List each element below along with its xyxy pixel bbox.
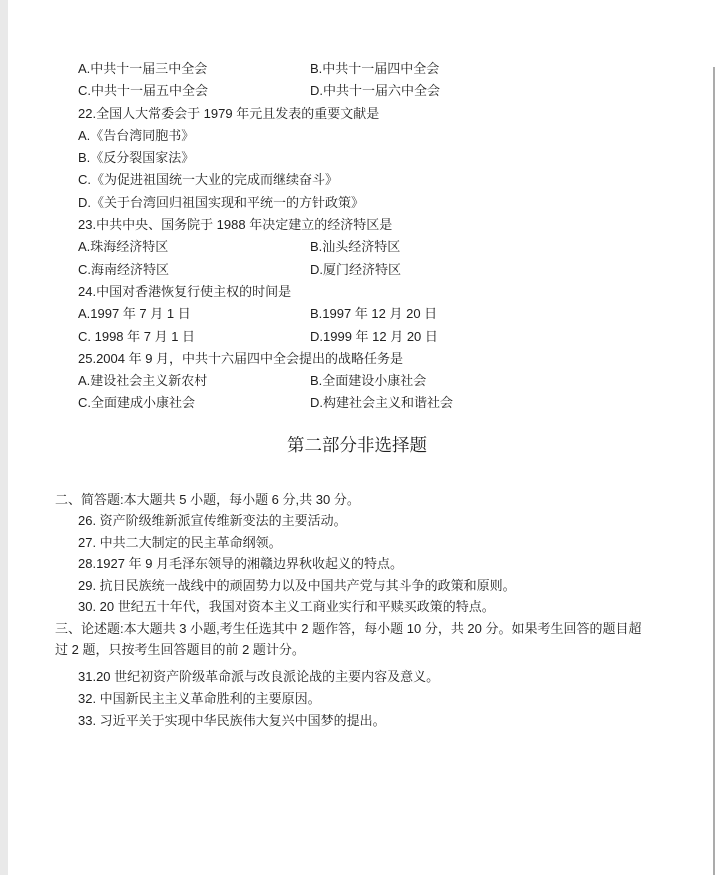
option-row: C.海南经济特区 D.厦门经济特区 [78,259,695,281]
question-stem: 25.2004 年 9 月，中共十六届四中全会提出的战略任务是 [78,348,695,370]
question-stem: 22.全国人大常委会于 1979 年元且发表的重要文献是 [78,103,695,125]
question-item: 29. 抗日民族统一战线中的顽固势力以及中国共产党与其斗争的政策和原则。 [78,575,695,597]
mcq-option: C.《为促进祖国统一大业的完成而继续奋斗》 [78,169,695,191]
option-row: A.建设社会主义新农村 B.全面建设小康社会 [78,370,695,392]
section-header: 二、简答题:本大题共 5 小题，每小题 6 分,共 30 分。 [55,489,695,511]
mcq-option: D.厦门经济特区 [310,259,401,281]
mcq-option: B.1997 年 12 月 20 日 [310,303,437,325]
question-item: 33. 习近平关于实现中华民族伟大复兴中国梦的提出。 [78,710,695,732]
mcq-option: B.全面建设小康社会 [310,370,426,392]
mcq-option: D.中共十一届六中全会 [310,80,440,102]
mcq-option: D.1999 年 12 月 20 日 [310,326,438,348]
mcq-option: B.汕头经济特区 [310,236,400,258]
part2-heading: 第二部分非选择题 [37,432,677,458]
option-row: A.1997 年 7 月 1 日 B.1997 年 12 月 20 日 [78,303,695,325]
mcq-option: A.中共十一届三中全会 [78,58,310,80]
section-header-line: 三、论述题:本大题共 3 小题,考生任选其中 2 题作答，每小题 10 分，共 … [55,618,695,640]
question-item: 32. 中国新民主主义革命胜利的主要原因。 [78,688,695,710]
mcq-option: C.全面建成小康社会 [78,392,310,414]
section-item-list: 31.20 世纪初资产阶级革命派与改良派论战的主要内容及意义。 32. 中国新民… [78,666,695,731]
question-item: 28.1927 年 9 月毛泽东领导的湘赣边界秋收起义的特点。 [78,553,695,575]
exam-document-page: A.中共十一届三中全会 B.中共十一届四中全会 C.中共十一届五中全会 D.中共… [0,0,716,875]
mcq-option: A.建设社会主义新农村 [78,370,310,392]
page-right-border [713,67,715,875]
section-header-line: 过 2 题，只按考生回答题目的前 2 题计分。 [55,639,695,661]
option-row: C.中共十一届五中全会 D.中共十一届六中全会 [78,80,695,102]
question-item: 27. 中共二大制定的民主革命纲领。 [78,532,695,554]
option-row: C.全面建成小康社会 D.构建社会主义和谐社会 [78,392,695,414]
mcq-option: B.中共十一届四中全会 [310,58,439,80]
short-answer-section: 二、简答题:本大题共 5 小题，每小题 6 分,共 30 分。 26. 资产阶级… [55,489,695,618]
question-item: 26. 资产阶级维新派宣传维新变法的主要活动。 [78,510,695,532]
option-row: A.中共十一届三中全会 B.中共十一届四中全会 [78,58,695,80]
page-left-gutter [0,0,8,875]
essay-section: 三、论述题:本大题共 3 小题,考生任选其中 2 题作答，每小题 10 分，共 … [55,618,695,732]
multiple-choice-section: A.中共十一届三中全会 B.中共十一届四中全会 C.中共十一届五中全会 D.中共… [78,58,695,415]
mcq-option: A.《告台湾同胞书》 [78,125,695,147]
mcq-option: C.中共十一届五中全会 [78,80,310,102]
section-header: 三、论述题:本大题共 3 小题,考生任选其中 2 题作答，每小题 10 分，共 … [55,618,695,661]
option-row: C. 1998 年 7 月 1 日 D.1999 年 12 月 20 日 [78,326,695,348]
question-stem: 24.中国对香港恢复行使主权的时间是 [78,281,695,303]
question-item: 30. 20 世纪五十年代，我国对资本主义工商业实行和平赎买政策的特点。 [78,596,695,618]
mcq-option: D.构建社会主义和谐社会 [310,392,453,414]
question-stem: 23.中共中央、国务院于 1988 年决定建立的经济特区是 [78,214,695,236]
mcq-option: D.《关于台湾回归祖国实现和平统一的方针政策》 [78,192,695,214]
mcq-option: C. 1998 年 7 月 1 日 [78,326,310,348]
mcq-option: C.海南经济特区 [78,259,310,281]
question-item: 31.20 世纪初资产阶级革命派与改良派论战的主要内容及意义。 [78,666,695,688]
mcq-option: B.《反分裂国家法》 [78,147,695,169]
mcq-option: A.珠海经济特区 [78,236,310,258]
section-item-list: 26. 资产阶级维新派宣传维新变法的主要活动。 27. 中共二大制定的民主革命纲… [78,510,695,618]
document-content: A.中共十一届三中全会 B.中共十一届四中全会 C.中共十一届五中全会 D.中共… [55,58,695,731]
option-row: A.珠海经济特区 B.汕头经济特区 [78,236,695,258]
mcq-option: A.1997 年 7 月 1 日 [78,303,310,325]
